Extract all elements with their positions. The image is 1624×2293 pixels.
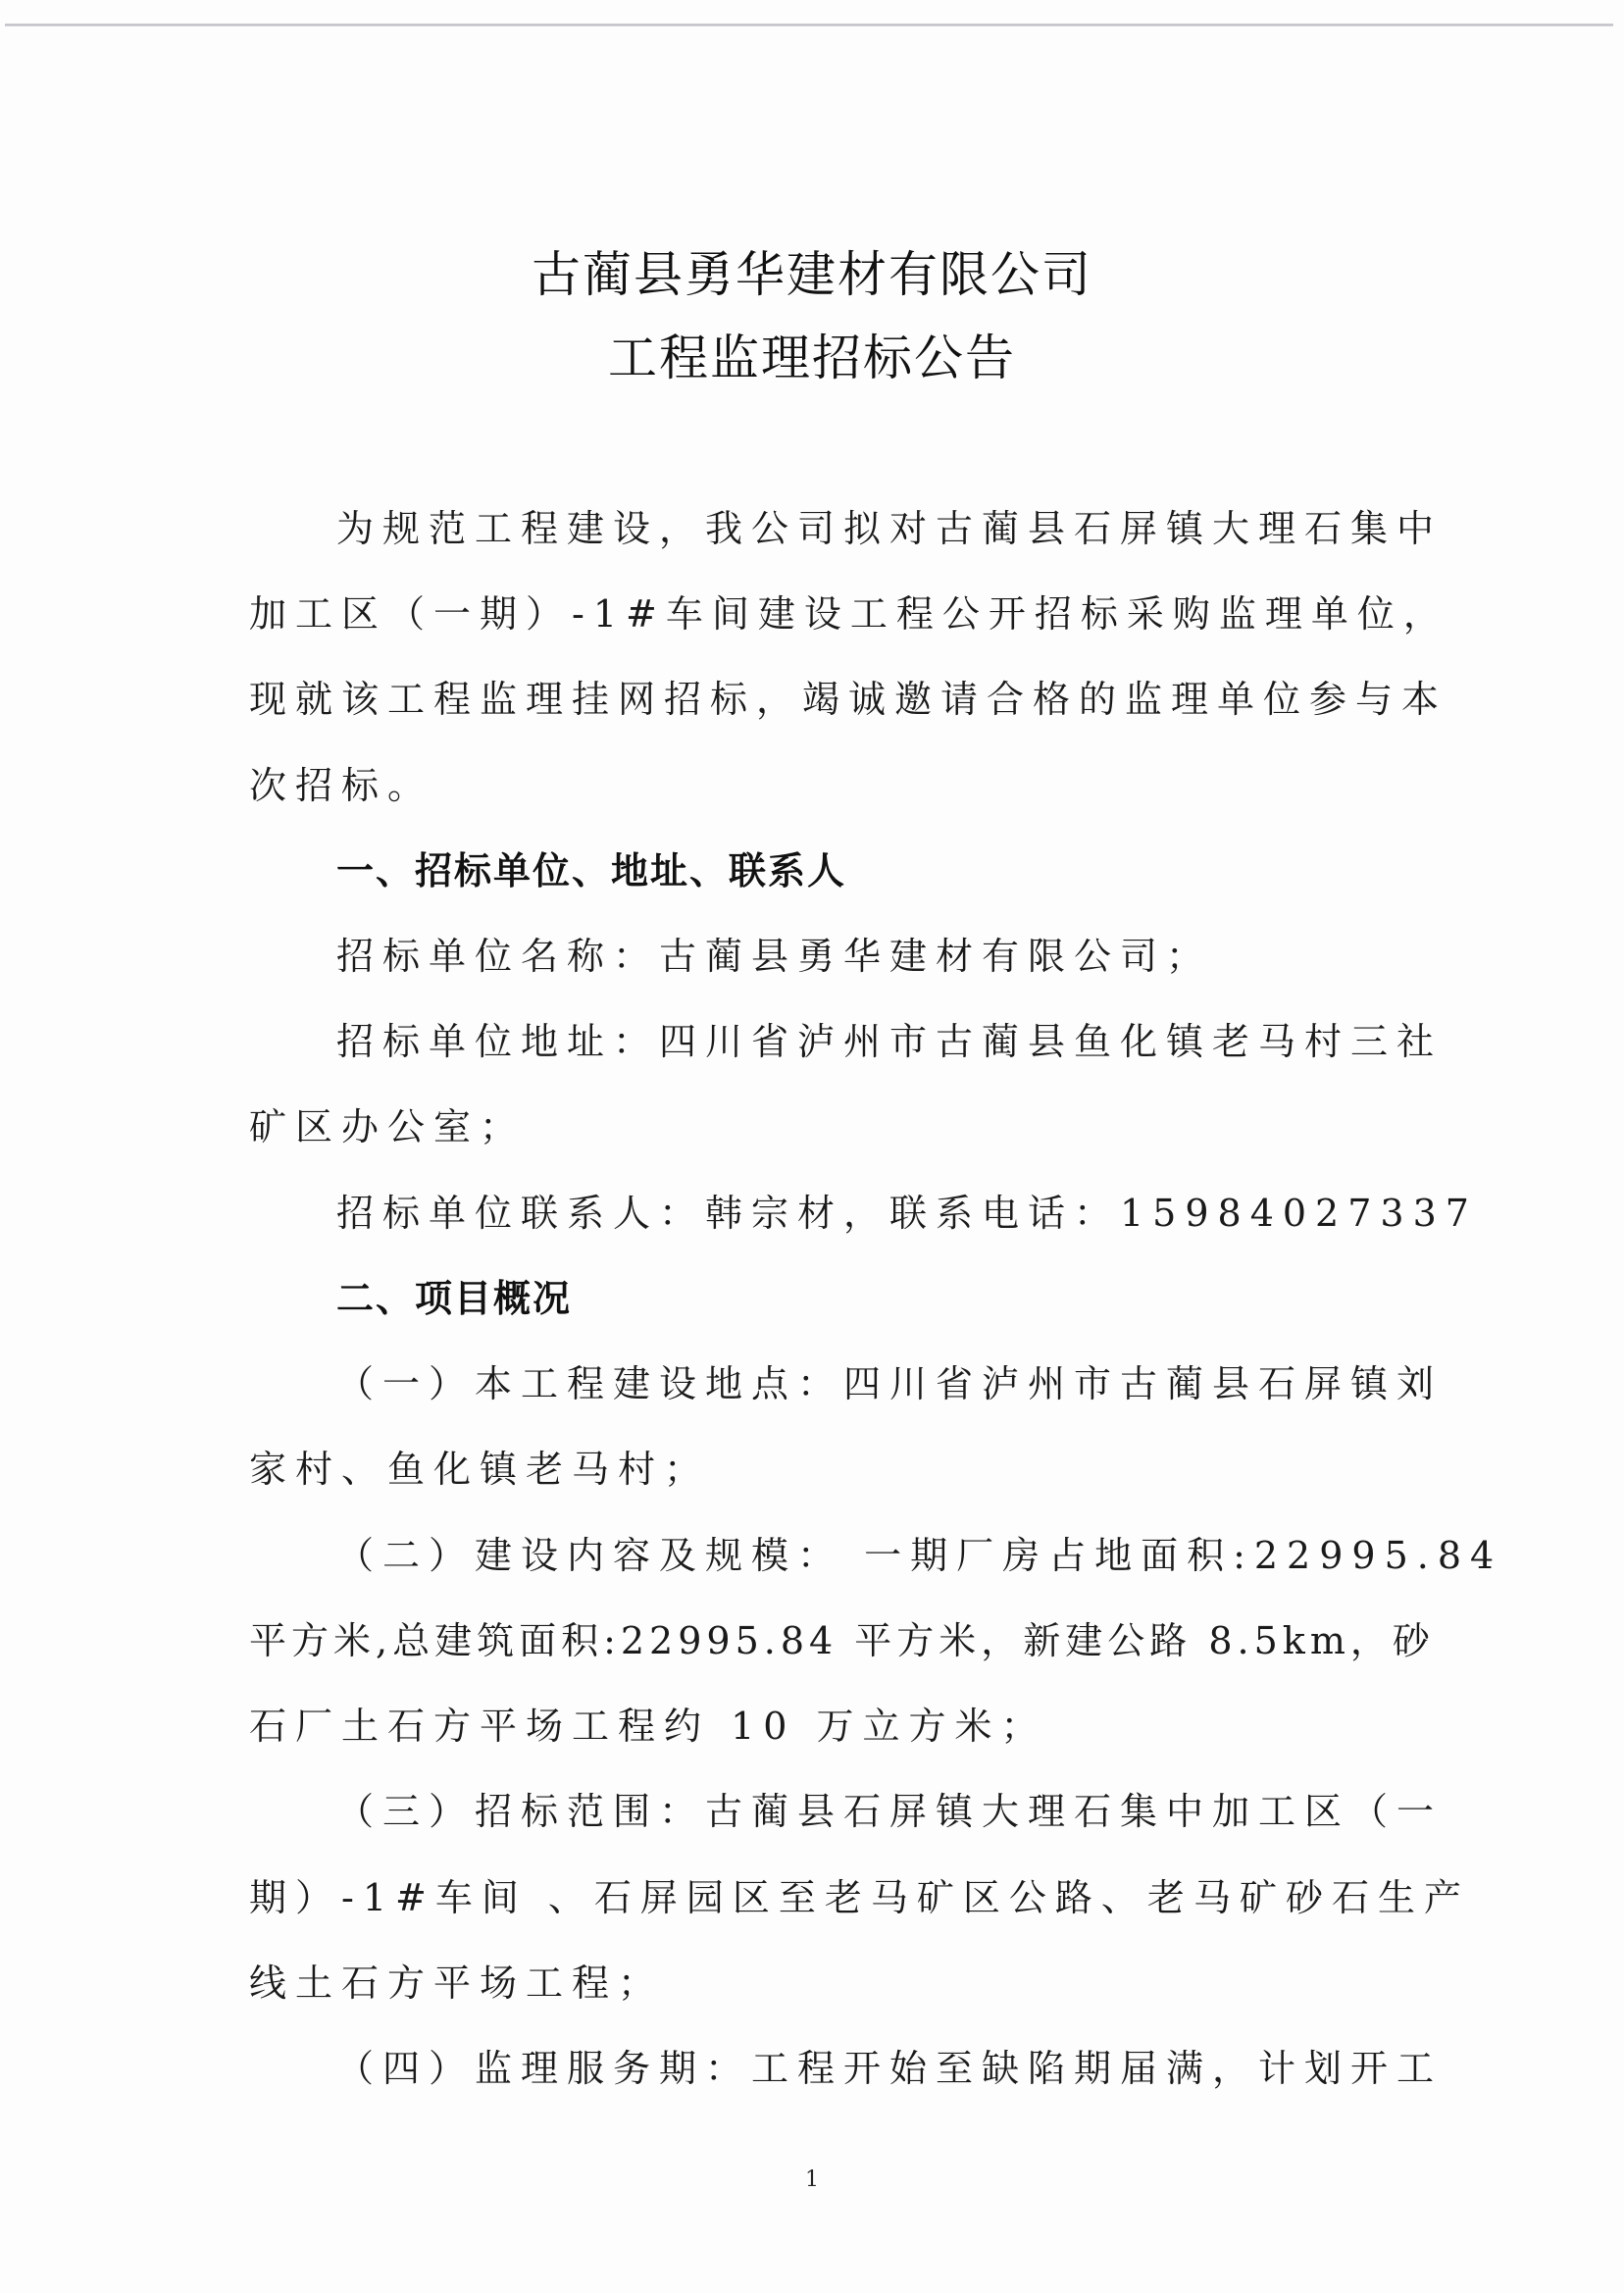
intro-line-4: 次招标。 [249, 755, 433, 809]
bid-scope-line-cont: 期）-1#车间 、石屏园区至老马矿区公路、老马矿砂石生产 [249, 1867, 1470, 1921]
project-scale-line-cont: 平方米,总建筑面积:22995.84 平方米，新建公路 8.5km，砂 [249, 1610, 1435, 1664]
page-number: 1 [0, 2167, 1624, 2192]
bid-scope-line-cont-2: 线土石方平场工程； [249, 1953, 664, 2007]
bidder-address-line: 招标单位地址：四川省泸州市古蔺县鱼化镇老马村三社 [336, 1011, 1443, 1065]
bidder-address-line-cont: 矿区办公室； [249, 1096, 526, 1150]
intro-line-3: 现就该工程监理挂网招标，竭诚邀请合格的监理单位参与本 [249, 669, 1447, 723]
scan-edge-line [5, 24, 1613, 26]
project-location-line-cont: 家村、鱼化镇老马村； [249, 1439, 710, 1493]
intro-line-2: 加工区（一期）-1#车间建设工程公开招标采购监理单位， [249, 584, 1449, 637]
bidder-contact-line: 招标单位联系人：韩宗材，联系电话：15984027337 [336, 1183, 1478, 1237]
bid-scope-line: （三）招标范围：古蔺县石屏镇大理石集中加工区（一 [336, 1781, 1443, 1835]
bidder-name-line: 招标单位名称：古蔺县勇华建材有限公司； [336, 926, 1212, 980]
document-title-company: 古蔺县勇华建材有限公司 [0, 235, 1624, 306]
intro-line-1: 为规范工程建设，我公司拟对古蔺县石屏镇大理石集中 [336, 498, 1443, 552]
section-2-heading: 二、项目概况 [336, 1268, 572, 1322]
project-location-line: （一）本工程建设地点：四川省泸州市古蔺县石屏镇刘 [336, 1353, 1443, 1407]
document-title-notice: 工程监理招标公告 [0, 319, 1624, 389]
project-scale-line: （二）建设内容及规模： 一期厂房占地面积:22995.84 [336, 1525, 1502, 1579]
project-scale-line-cont-2: 石厂土石方平场工程约 10 万立方米； [249, 1696, 1047, 1750]
section-1-heading: 一、招标单位、地址、联系人 [336, 841, 846, 894]
service-period-line: （四）监理服务期：工程开始至缺陷期届满，计划开工 [336, 2038, 1443, 2092]
